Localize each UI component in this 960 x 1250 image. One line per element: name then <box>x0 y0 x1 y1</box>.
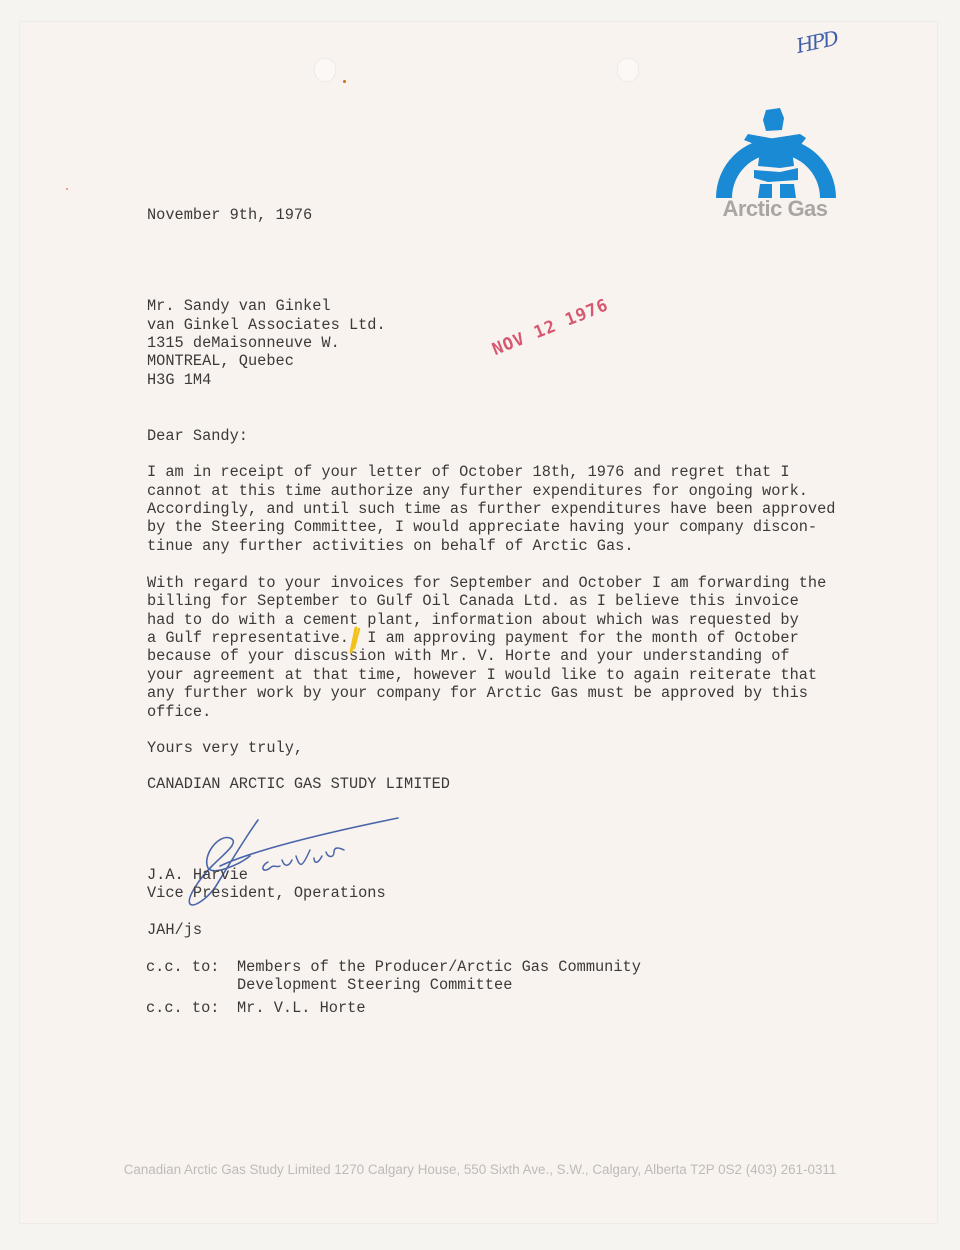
recipient-city: MONTREAL, Quebec <box>147 352 294 370</box>
paper-stain <box>343 80 346 83</box>
recipient-street: 1315 deMaisonneuve W. <box>147 334 340 352</box>
paragraph-line: With regard to your invoices for Septemb… <box>147 574 826 592</box>
salutation: Dear Sandy: <box>147 427 248 445</box>
paragraph-line: a Gulf representative. I am approving pa… <box>147 629 799 647</box>
cc-label: c.c. to: <box>146 999 219 1017</box>
paragraph-line: I am in receipt of your letter of Octobe… <box>147 463 790 481</box>
cc-label: c.c. to: <box>146 958 219 976</box>
paragraph-line: billing for September to Gulf Oil Canada… <box>147 592 799 610</box>
cc-recipient-line: Development Steering Committee <box>237 976 512 994</box>
signatory-company: CANADIAN ARCTIC GAS STUDY LIMITED <box>147 775 450 793</box>
yellow-highlighter-mark <box>347 626 361 654</box>
recipient-postal-code: H3G 1M4 <box>147 371 211 389</box>
cc-recipient-line: Members of the Producer/Arctic Gas Commu… <box>237 958 641 976</box>
reference-initials: JAH/js <box>147 921 202 939</box>
paragraph-line: because of your discussion with Mr. V. H… <box>147 647 790 665</box>
paragraph-line: any further work by your company for Arc… <box>147 684 808 702</box>
paragraph-line: tinue any further activities on behalf o… <box>147 537 634 555</box>
paragraph-line: office. <box>147 703 211 721</box>
paragraph-line: cannot at this time authorize any furthe… <box>147 482 808 500</box>
letterhead-footer-address: Canadian Arctic Gas Study Limited 1270 C… <box>0 1162 960 1177</box>
punch-hole-right <box>617 58 639 82</box>
paragraph-line: Accordingly, and until such time as furt… <box>147 500 835 518</box>
cc-recipient-line: Mr. V.L. Horte <box>237 999 366 1017</box>
letter-date: November 9th, 1976 <box>147 206 312 224</box>
paragraph-line: by the Steering Committee, I would appre… <box>147 518 817 536</box>
signatory-name: J.A. Harvie <box>147 866 248 884</box>
punch-hole-left <box>314 58 336 82</box>
paragraph-line: had to do with a cement plant, informati… <box>147 611 799 629</box>
recipient-company: van Ginkel Associates Ltd. <box>147 316 386 334</box>
recipient-name: Mr. Sandy van Ginkel <box>147 297 331 315</box>
signatory-title: Vice President, Operations <box>147 884 386 902</box>
closing: Yours very truly, <box>147 739 303 757</box>
inukshuk-arch-logo-icon <box>708 88 844 200</box>
company-logo-text: Arctic Gas <box>700 196 850 222</box>
paragraph-line: your agreement at that time, however I w… <box>147 666 817 684</box>
paper-stain <box>66 188 68 190</box>
